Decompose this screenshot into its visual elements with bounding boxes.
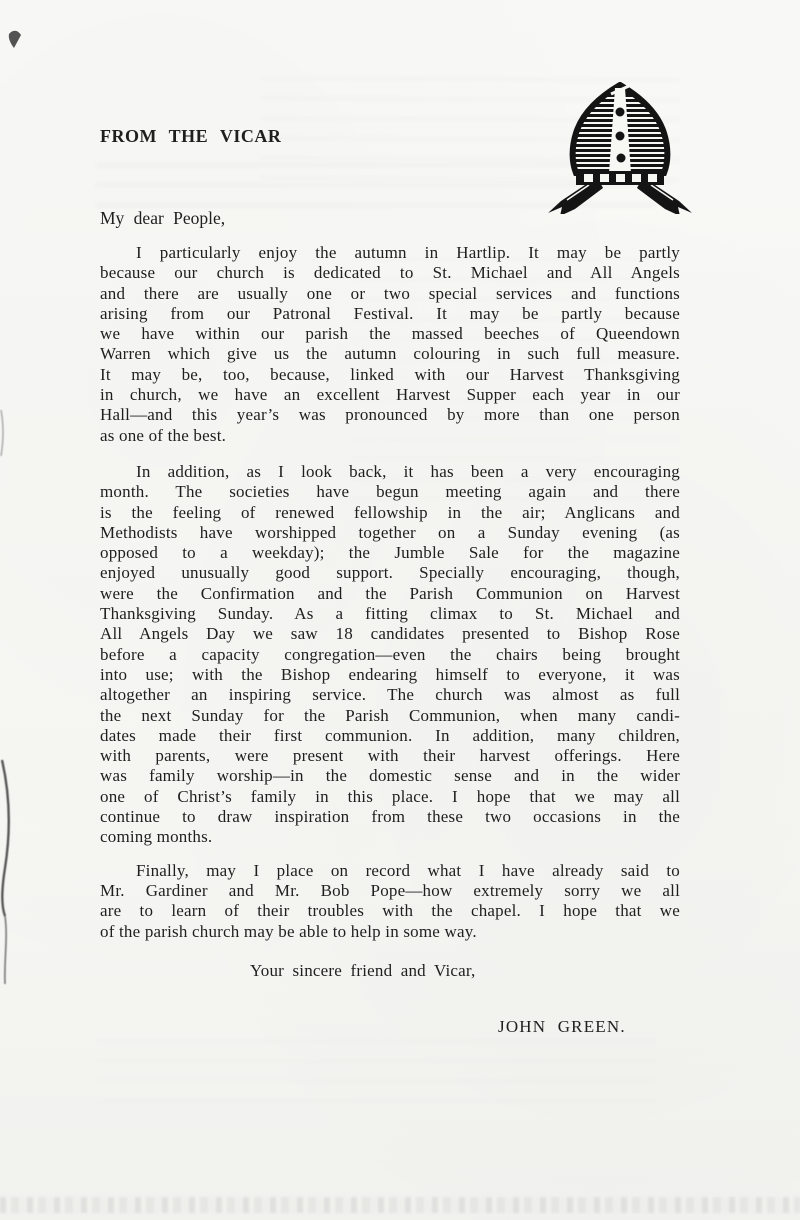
letter-line: enjoyed unusually good support. Speciall… [100, 563, 680, 583]
letter-line: All Angels Day we saw 18 candidates pres… [100, 624, 680, 644]
letter-line: Methodists have worshipped together on a… [100, 523, 680, 543]
letter-line: In addition, as I look back, it has been… [100, 462, 680, 482]
letter-line: one of Christ’s family in this place. I … [100, 787, 680, 807]
letter-line: were the Confirmation and the Parish Com… [100, 584, 680, 604]
letter-line: with parents, were present with their ha… [100, 746, 680, 766]
page-crease-marks [0, 0, 16, 1220]
letter-line: month. The societies have begun meeting … [100, 482, 680, 502]
letter-paragraph: I particularly enjoy the autumn in Hartl… [100, 243, 680, 446]
scanned-magazine-page: FROM THE VICAR My dear [0, 0, 800, 1220]
letter-line: we have within our parish the massed bee… [100, 324, 680, 344]
letter-paragraph: Finally, may I place on record what I ha… [100, 861, 680, 942]
letter-body: I particularly enjoy the autumn in Hartl… [100, 243, 680, 1038]
letter-line: Finally, may I place on record what I ha… [100, 861, 680, 881]
letter-paragraph: In addition, as I look back, it has been… [100, 462, 680, 848]
letter-line: Thanksgiving Sunday. As a fitting climax… [100, 604, 680, 624]
page-title: FROM THE VICAR [100, 126, 281, 147]
letter-closing: Your sincere friend and Vicar, [100, 960, 680, 982]
letter-line: because our church is dedicated to St. M… [100, 263, 680, 283]
letter-line: was family worship—in the domestic sense… [100, 766, 680, 786]
letter-line: of the parish church may be able to help… [100, 922, 680, 942]
letter-line: before a capacity congregation—even the … [100, 645, 680, 665]
letter-line: dates made their first communion. In add… [100, 726, 680, 746]
letter-line: coming months. [100, 827, 680, 847]
scan-noise-strip [0, 1197, 800, 1213]
letter-line: into use; with the Bishop endearing hims… [100, 665, 680, 685]
letter-line: continue to draw inspiration from these … [100, 807, 680, 827]
ink-smudge-mark [4, 26, 28, 54]
letter-line: are to learn of their troubles with the … [100, 901, 680, 921]
letter-line: the next Sunday for the Parish Communion… [100, 706, 680, 726]
letter-line: altogether an inspiring service. The chu… [100, 685, 680, 705]
letter-signature: JOHN GREEN. [100, 1016, 680, 1038]
letter-line: is the feeling of renewed fellowship in … [100, 503, 680, 523]
letter-line: opposed to a weekday); the Jumble Sale f… [100, 543, 680, 563]
letter-line: It may be, too, because, linked with our… [100, 365, 680, 385]
letter-line: and there are usually one or two special… [100, 284, 680, 304]
letter-line: Warren which give us the autumn colourin… [100, 344, 680, 364]
letter-line: Mr. Gardiner and Mr. Bob Pope—how extrem… [100, 881, 680, 901]
letter-line: arising from our Patronal Festival. It m… [100, 304, 680, 324]
letter-salutation: My dear People, [100, 208, 225, 229]
letter-line: Hall—and this year’s was pronounced by m… [100, 405, 680, 425]
letter-line: as one of the best. [100, 426, 680, 446]
bishop-mitre-icon [545, 82, 695, 214]
letter-line: in church, we have an excellent Harvest … [100, 385, 680, 405]
showthrough-ghost-text [96, 1040, 656, 1110]
letter-line: I particularly enjoy the autumn in Hartl… [100, 243, 680, 263]
